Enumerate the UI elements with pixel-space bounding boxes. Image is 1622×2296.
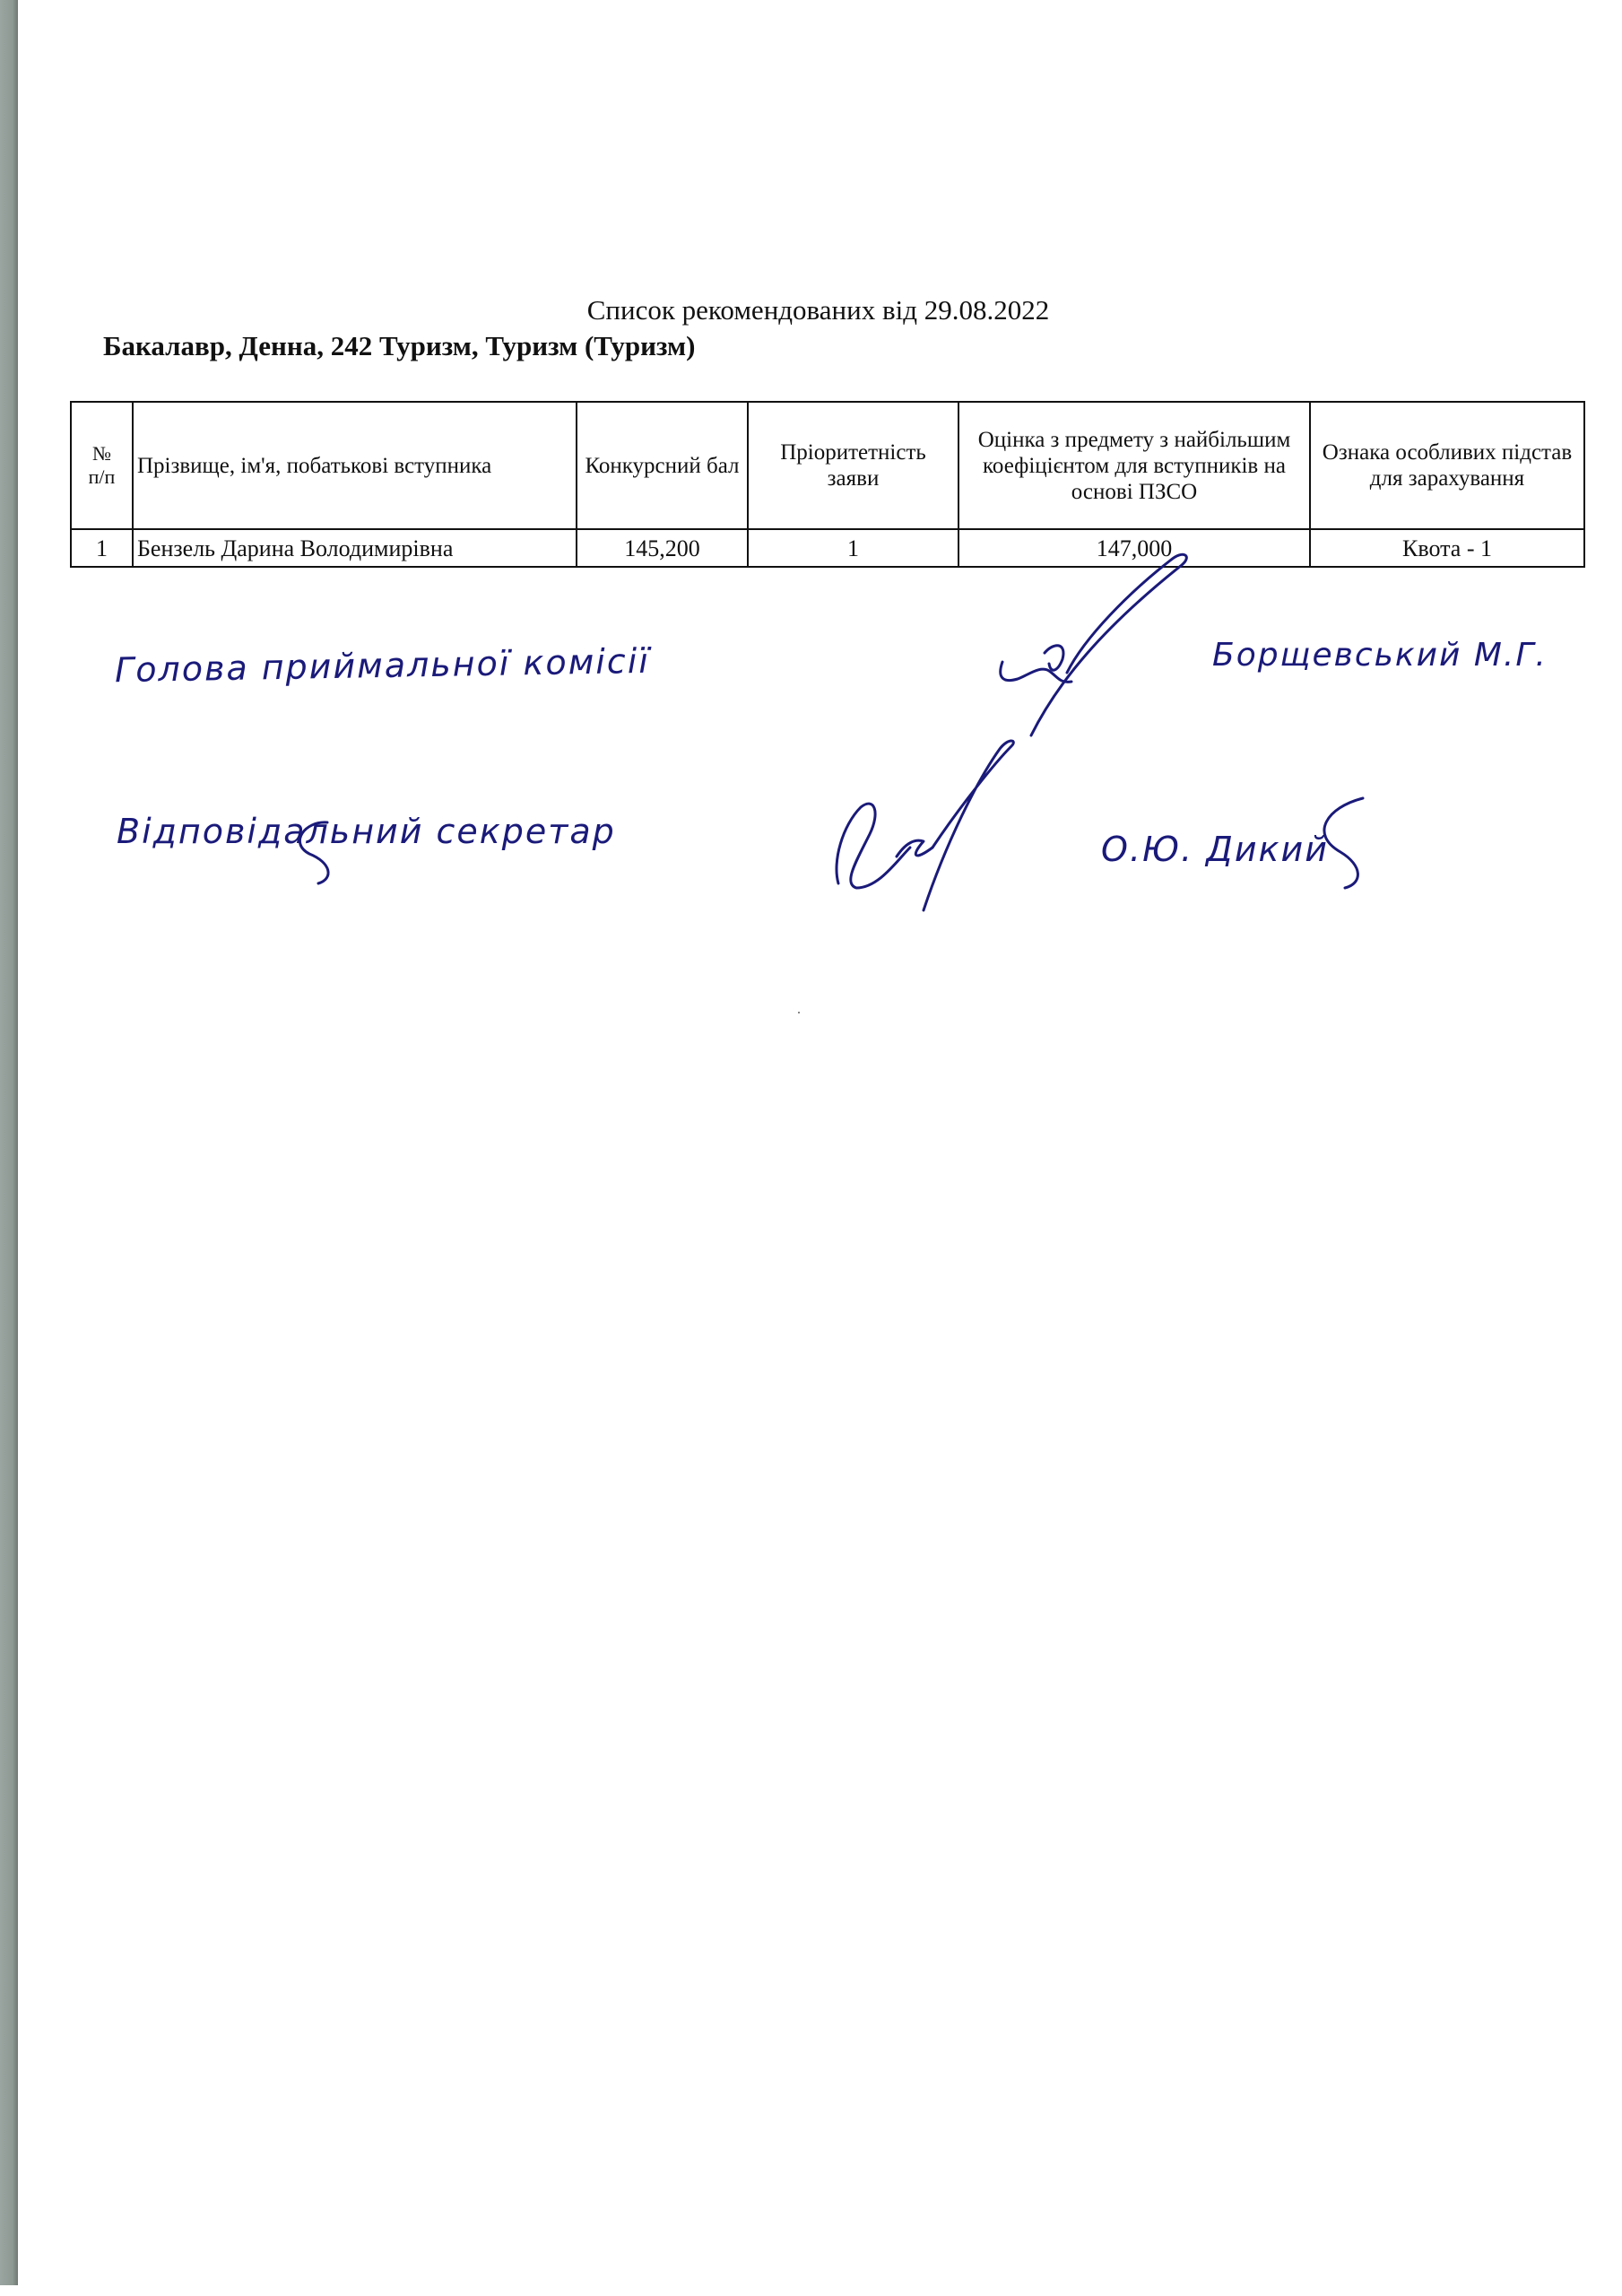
scan-speck <box>798 1012 800 1013</box>
chair-name-handwritten: Борщевський М.Г. <box>1212 637 1548 674</box>
header-number-sign: № <box>75 442 128 465</box>
cell-special-grounds: Квота - 1 <box>1310 529 1584 567</box>
cell-number: 1 <box>71 529 133 567</box>
cell-priority: 1 <box>748 529 958 567</box>
recommended-list-table: № п/п Прізвище, ім'я, побатькові вступни… <box>70 401 1585 568</box>
cell-name: Бензель Дарина Володимирівна <box>133 529 577 567</box>
secretary-name-flourish-icon <box>1324 798 1363 888</box>
cell-score: 145,200 <box>577 529 748 567</box>
document-title: Список рекомендованих від 29.08.2022 <box>0 294 1622 326</box>
document-subtitle: Бакалавр, Денна, 242 Туризм, Туризм (Тур… <box>103 330 695 362</box>
header-special-grounds: Ознака особливих підстав для зарахування <box>1310 402 1584 529</box>
cell-subject-grade: 147,000 <box>958 529 1310 567</box>
scan-edge <box>0 0 18 2285</box>
table-row: 1 Бензель Дарина Володимирівна 145,200 1… <box>71 529 1584 567</box>
secretary-signature-icon <box>837 741 1013 910</box>
table-header-row: № п/п Прізвище, ім'я, побатькові вступни… <box>71 402 1584 529</box>
secretary-label-handwritten: Відповідальний секретар <box>117 812 616 851</box>
header-number: № п/п <box>71 402 133 529</box>
chair-label-handwritten: Голова приймальної комісії <box>115 641 651 690</box>
header-number-pp: п/п <box>75 465 128 489</box>
chair-signature-icon <box>1001 554 1187 735</box>
header-subject-grade: Оцінка з предмету з найбільшим коефіцієн… <box>958 402 1310 529</box>
header-priority: Пріоритетність заяви <box>748 402 958 529</box>
secretary-name-handwritten: О.Ю. Дикий <box>1101 830 1329 869</box>
header-score: Конкурсний бал <box>577 402 748 529</box>
header-name: Прізвище, ім'я, побатькові вступника <box>133 402 577 529</box>
